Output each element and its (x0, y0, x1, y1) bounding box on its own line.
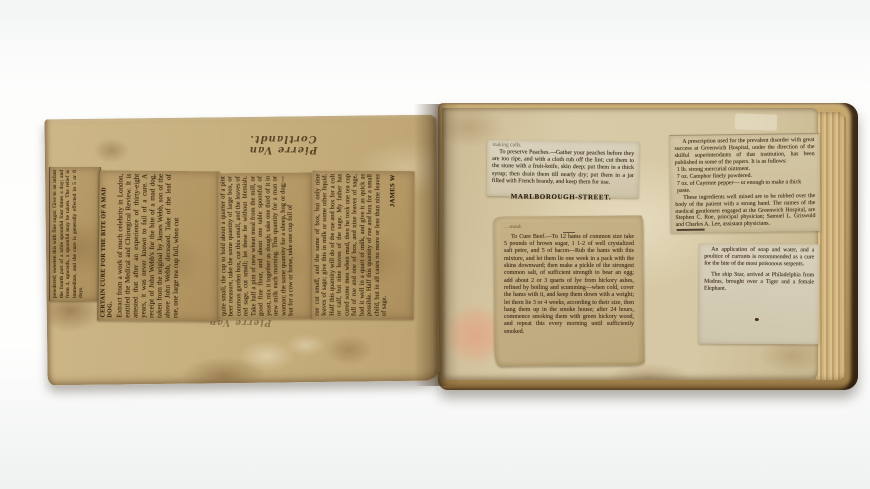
beef-top-fragment: …ound. (504, 224, 634, 231)
clipping-prescription: A prescription used for the prevalent di… (669, 133, 820, 233)
marlborough-street-line: MARLBOROUGH-STREET. (497, 192, 625, 201)
clipping-serpent-bite: An application of soap and water, and a … (699, 244, 820, 345)
clipping-to-cure-beef: …ound. To Cure Beef.—To 12 hams of commo… (500, 222, 638, 362)
ink-speck (755, 318, 759, 321)
peaches-body: To preserve Peaches.—Gather your peaches… (492, 149, 634, 188)
serpent-p1: An application of soap and water, and a … (704, 247, 814, 269)
mad-dog-headline: CERTAIN CURE FOR THE BITE OF A MAD DOG. (100, 174, 115, 318)
clipping-left-edge-text: powdered; sweeten this with fine sugar. … (50, 167, 100, 301)
clipping-preserve-peaches: making calls. To preserve Peaches.—Gathe… (487, 140, 640, 198)
clipping-mad-dog-piece-a: CERTAIN CURE FOR THE BITE OF A MAD DOG. … (97, 170, 219, 321)
mad-dog-signature: JAMES W (388, 174, 396, 316)
clipping-mad-dog-piece-b: quite small, the cup to hold about a qua… (217, 173, 312, 320)
beef-body: To Cure Beef.—To 12 hams of common size … (504, 234, 634, 336)
prescription-body: These ingredients well mixed are to be r… (675, 193, 815, 230)
mad-dog-body-c: rue cut small, and the same of box, but … (314, 174, 389, 316)
prescription-intro: A prescription used for the prevalent di… (674, 137, 814, 167)
clipping-mad-dog-piece-a-text: CERTAIN CURE FOR THE BITE OF A MAD DOG. … (98, 170, 219, 321)
inscription-top: Pierre Van Cortlandt. (224, 135, 342, 155)
tape-patch (735, 113, 778, 130)
mad-dog-body-a: Extract from a work of much celebrity in… (115, 174, 181, 319)
clipping-mad-dog-piece-b-text: quite small, the cup to hold about a qua… (217, 173, 312, 320)
printers-ornament (563, 232, 575, 233)
clipping-mad-dog-piece-c: rue cut small, and the same of box, but … (312, 171, 415, 320)
print-rule-fragment (677, 229, 705, 231)
clipping-mad-dog-piece-c-text: rue cut small, and the same of box, but … (312, 171, 415, 320)
ship-star-p2: The ship Star, arrived at Philadelphia f… (704, 271, 814, 293)
photo-of-open-scrapbook: Pierre Van Cortlandt. Pierre Van Cortlan… (0, 0, 870, 489)
clipping-left-edge: powdered; sweeten this with fine sugar. … (49, 167, 101, 301)
